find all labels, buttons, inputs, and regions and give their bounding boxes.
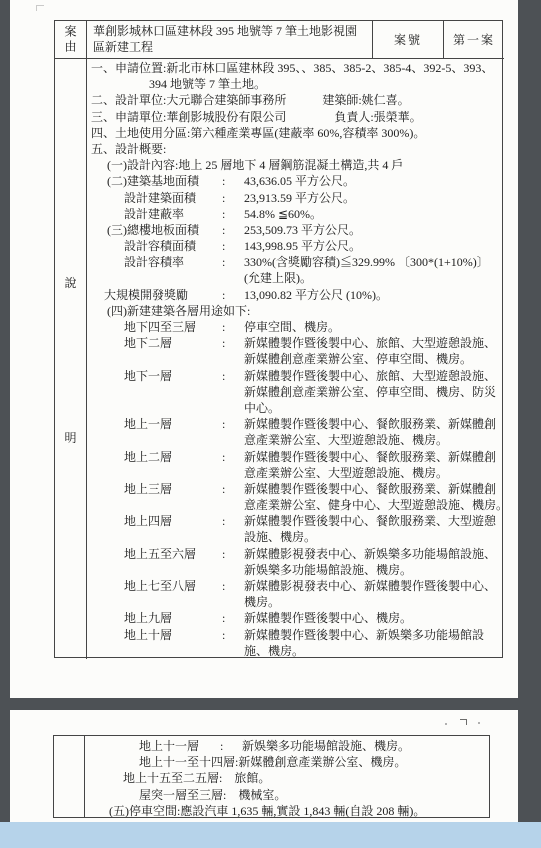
explanation-content-cell-continued: 地上十一層:新娛樂多功能場館設施、機房。地上十一至十四層:新媒體創意產業辦公室、… xyxy=(85,736,491,817)
doc-line-value: 新媒體製作暨後製中心、旅館、大型遊憩設施、 xyxy=(244,336,496,350)
explanation-label-cell-continued xyxy=(54,736,85,817)
doc-text-line: 設計容積面積:143,998.95 平方公尺。 xyxy=(87,238,504,254)
doc-line-label: (二)建築基地面積 xyxy=(107,173,222,189)
doc-line-value: 新媒體製作暨後製中心、機房。 xyxy=(244,611,412,625)
doc-line-label: 地下一層 xyxy=(124,368,222,384)
doc-text-line: 新娛樂多功能場館設施、機房。 xyxy=(87,562,504,578)
doc-line-value: 13,090.82 平方公尺 (10%)。 xyxy=(244,288,388,302)
doc-line-colon: : xyxy=(222,610,244,626)
doc-line-value: 新娛樂多功能場館設施、機房。 xyxy=(242,739,410,753)
doc-text-line: 設計建蔽率:54.8% ≦60%。 xyxy=(87,206,504,222)
scan-artifact xyxy=(478,722,480,724)
doc-line-colon: : xyxy=(222,287,244,303)
doc-text-line: 機房。 xyxy=(87,594,504,610)
doc-text-line: 地下一層:新媒體製作暨後製中心、旅館、大型遊憩設施、 xyxy=(87,368,504,384)
doc-line-label: 地上七至八層 xyxy=(124,578,222,594)
doc-line-colon: : xyxy=(222,206,244,222)
doc-line-value: 330%(含獎勵容積)≦329.99% 〔300*(1+10%)〕 xyxy=(244,255,489,269)
doc-line-value: 新媒體製作暨後製中心、旅館、大型遊憩設施、 xyxy=(244,369,496,383)
doc-text-line: 四、土地使用分區:第六種產業專區(建蔽率 60%,容積率 300%)。 xyxy=(87,125,504,141)
doc-line-value: 43,636.05 平方公尺。 xyxy=(244,174,355,188)
doc-line-label: 地上十層 xyxy=(124,627,222,643)
doc-text-line: 地上九層:新媒體製作暨後製中心、機房。 xyxy=(87,610,504,626)
doc-line-colon: : xyxy=(222,416,244,432)
doc-line-colon: : xyxy=(222,254,244,270)
doc-line-label: 設計建築面積 xyxy=(124,190,222,206)
selection-highlight-bar xyxy=(0,822,541,848)
doc-text-line: (二)建築基地面積:43,636.05 平方公尺。 xyxy=(87,173,504,189)
case-number-value: 第一案 xyxy=(453,31,495,48)
doc-line-value: 新媒體製作暨後製中心、餐飲服務業、新媒體創 xyxy=(244,417,496,431)
doc-line-value: 新媒體影視發表中心、新娛樂多功能場館設施、 xyxy=(244,547,496,561)
case-title-cell: 華創影城林口區建林段 395 地號等 7 筆土地影視園區新建工程 xyxy=(87,21,373,58)
case-number-value-cell: 第一案 xyxy=(444,21,504,58)
case-table: 案由 華創影城林口區建林段 395 地號等 7 筆土地影視園區新建工程 案號 第… xyxy=(54,20,503,658)
doc-line-colon: : xyxy=(222,238,244,254)
doc-text-line: (四)新建建築各層用途如下: xyxy=(87,303,504,319)
doc-line-colon: : xyxy=(222,173,244,189)
doc-line-label: 大規模開發獎勵 xyxy=(104,287,222,303)
doc-line-label: 地上四層 xyxy=(124,513,222,529)
doc-line-colon: : xyxy=(220,738,242,754)
doc-line-colon: : xyxy=(222,222,244,238)
doc-text-line: 地上七至八層:新媒體影視發表中心、新媒體製作暨後製中心、 xyxy=(87,578,504,594)
scan-artifact xyxy=(36,5,44,11)
doc-line-label: 地上三層 xyxy=(124,481,222,497)
doc-text-line: 地上二層:新媒體製作暨後製中心、餐飲服務業、新媒體創 xyxy=(87,449,504,465)
doc-line-value: 停車空間、機房。 xyxy=(244,320,340,334)
doc-text-line: 地上一層:新媒體製作暨後製中心、餐飲服務業、新媒體創 xyxy=(87,416,504,432)
doc-line-colon: : xyxy=(222,481,244,497)
doc-line-label: 地上一層 xyxy=(124,416,222,432)
doc-line-colon: : xyxy=(222,546,244,562)
case-number-label: 案號 xyxy=(394,31,422,48)
doc-line-colon: : xyxy=(222,513,244,529)
doc-text-line: 中心。 xyxy=(87,400,504,416)
doc-line-label: 設計容積面積 xyxy=(124,238,222,254)
doc-text-line: (三)總樓地板面積:253,509.73 平方公尺。 xyxy=(87,222,504,238)
doc-text-line: 地上三層:新媒體製作暨後製中心、餐飲服務業、新媒體創 xyxy=(87,481,504,497)
doc-line-value: 新媒體製作暨後製中心、餐飲服務業、新媒體創 xyxy=(244,450,496,464)
doc-text-line: 二、設計單位:大元聯合建築師事務所 建築師:姚仁喜。 xyxy=(87,92,504,108)
scan-artifact xyxy=(445,723,447,725)
explanation-content-cell: 一、申請位置:新北市林口區建林段 395、、385、385-2、385-4、39… xyxy=(87,59,504,659)
doc-line-colon: : xyxy=(222,335,244,351)
doc-line-label: 地下四至三層 xyxy=(124,319,222,335)
doc-text-line: 地下四至三層:停車空間、機房。 xyxy=(87,319,504,335)
doc-text-line: 地上十層:新媒體製作暨後製中心、新娛樂多功能場館設 xyxy=(87,627,504,643)
doc-line-colon: : xyxy=(222,627,244,643)
doc-line-label: (三)總樓地板面積 xyxy=(107,222,222,238)
document-viewport[interactable]: 案由 華創影城林口區建林段 395 地號等 7 筆土地影視園區新建工程 案號 第… xyxy=(0,0,541,848)
doc-text-line: 地下二層:新媒體製作暨後製中心、旅館、大型遊憩設施、 xyxy=(87,335,504,351)
doc-line-label: 地上二層 xyxy=(124,449,222,465)
doc-text-line: 意產業辦公室、大型遊憩設施、機房。 xyxy=(87,465,504,481)
doc-line-label: 設計建蔽率 xyxy=(124,206,222,222)
doc-text-line: (允建上限)。 xyxy=(87,270,504,286)
doc-text-line: 施、機房。 xyxy=(87,643,504,659)
doc-line-value: 新媒體製作暨後製中心、餐飲服務業、大型遊憩 xyxy=(244,514,496,528)
doc-text-line: 大規模開發獎勵:13,090.82 平方公尺 (10%)。 xyxy=(87,287,504,303)
doc-text-line: 地上十五至二五層: 旅館。 xyxy=(85,770,491,786)
doc-text-line: 設施、機房。 xyxy=(87,529,504,545)
explanation-label-char-1: 說 xyxy=(55,274,86,291)
doc-text-line: 一、申請位置:新北市林口區建林段 395、、385、385-2、385-4、39… xyxy=(87,60,504,76)
doc-text-line: 屋突一層至三層: 機械室。 xyxy=(85,787,491,803)
doc-text-line: 地上十一至十四層:新媒體創意產業辦公室、機房。 xyxy=(85,754,491,770)
doc-line-colon: : xyxy=(222,449,244,465)
doc-text-line: 地上五至六層:新媒體影視發表中心、新娛樂多功能場館設施、 xyxy=(87,546,504,562)
case-table-continued: 地上十一層:新娛樂多功能場館設施、機房。地上十一至十四層:新媒體創意產業辦公室、… xyxy=(53,735,490,818)
doc-line-label: 地上五至六層 xyxy=(124,546,222,562)
doc-text-line: 394 地號等 7 筆土地。 xyxy=(87,76,504,92)
document-page-2: 地上十一層:新娛樂多功能場館設施、機房。地上十一至十四層:新媒體創意產業辦公室、… xyxy=(10,710,518,822)
doc-text-line: 地上四層:新媒體製作暨後製中心、餐飲服務業、大型遊憩 xyxy=(87,513,504,529)
doc-text-line: 五、設計概要: xyxy=(87,141,504,157)
doc-text-line: 新媒體創意產業辦公室、停車空間、機房、防災 xyxy=(87,384,504,400)
explanation-label-cell: 說 明 xyxy=(55,59,87,659)
doc-line-value: 新媒體製作暨後製中心、新娛樂多功能場館設 xyxy=(244,628,484,642)
doc-line-colon: : xyxy=(222,319,244,335)
doc-line-colon: : xyxy=(222,368,244,384)
doc-text-line: 地上十一層:新娛樂多功能場館設施、機房。 xyxy=(85,738,491,754)
doc-line-colon: : xyxy=(222,578,244,594)
doc-text-line: (五)停車空間:應設汽車 1,635 輛,實設 1,843 輛(自設 208 輛… xyxy=(85,803,491,817)
doc-text-line: 設計容積率:330%(含獎勵容積)≦329.99% 〔300*(1+10%)〕 xyxy=(87,254,504,270)
doc-line-label: 地下二層 xyxy=(124,335,222,351)
case-table-header-row: 案由 華創影城林口區建林段 395 地號等 7 筆土地影視園區新建工程 案號 第… xyxy=(55,21,504,59)
doc-text-line: 意產業辦公室、大型遊憩設施、機房。 xyxy=(87,432,504,448)
doc-text-line: 新媒體創意產業辦公室、停車空間、機房。 xyxy=(87,351,504,367)
doc-line-value: 253,509.73 平方公尺。 xyxy=(244,223,361,237)
doc-text-line: (一)設計內容:地上 25 層地下 4 層鋼筋混凝土構造,共 4 戶 xyxy=(87,157,504,173)
document-page-1: 案由 華創影城林口區建林段 395 地號等 7 筆土地影視園區新建工程 案號 第… xyxy=(10,0,518,698)
doc-text-line: 意產業辦公室、健身中心、大型遊憩設施、機房。 xyxy=(87,497,504,513)
scan-artifact xyxy=(460,719,467,725)
doc-text-line: 設計建築面積:23,913.59 平方公尺。 xyxy=(87,190,504,206)
case-table-body-row: 說 明 一、申請位置:新北市林口區建林段 395、、385、385-2、385-… xyxy=(55,59,504,659)
case-number-label-cell: 案號 xyxy=(373,21,444,58)
doc-line-value: 新媒體影視發表中心、新媒體製作暨後製中心、 xyxy=(244,579,496,593)
doc-line-colon: : xyxy=(222,190,244,206)
doc-line-label: 地上九層 xyxy=(124,610,222,626)
doc-line-label: 設計容積率 xyxy=(124,254,222,270)
doc-line-label: 地上十一層 xyxy=(139,738,220,754)
doc-line-value: 新媒體製作暨後製中心、餐飲服務業、新媒體創 xyxy=(244,482,496,496)
doc-text-line: 三、申請單位:華創影城股份有限公司 負責人:張榮華。 xyxy=(87,109,504,125)
explanation-label-char-2: 明 xyxy=(55,429,86,446)
case-reason-label: 案由 xyxy=(62,25,79,55)
doc-line-value: 54.8% ≦60%。 xyxy=(244,207,322,221)
doc-line-value: 143,998.95 平方公尺。 xyxy=(244,239,361,253)
case-reason-label-cell: 案由 xyxy=(55,21,87,58)
case-title: 華創影城林口區建林段 395 地號等 7 筆土地影視園區新建工程 xyxy=(93,24,366,55)
doc-line-value: 23,913.59 平方公尺。 xyxy=(244,191,355,205)
